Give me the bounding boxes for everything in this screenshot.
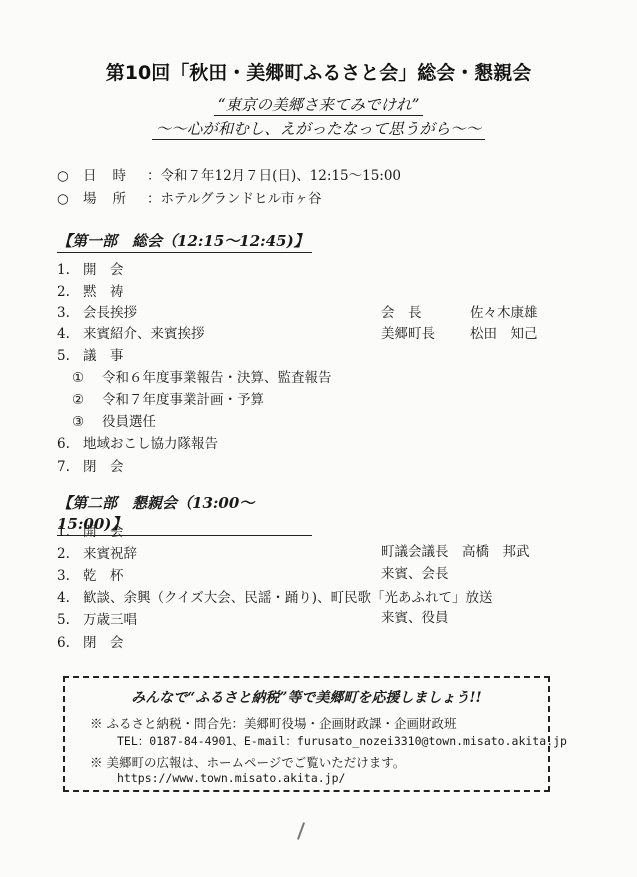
item-number: 7. — [57, 459, 83, 475]
info-datetime: ○日時：令和７年12月７日(日)、12:15～15:00 — [57, 164, 401, 184]
part2-item: 6.閉 会 — [57, 631, 124, 651]
item-number: 2. — [57, 546, 83, 562]
item-number: 5. — [57, 612, 83, 628]
note-text: 美郷町の広報は、ホームページでご覧いただけます。 — [107, 755, 406, 770]
item-text: 閉 会 — [83, 459, 124, 475]
item-number: 1. — [57, 262, 83, 278]
sub-item-text: 役員選任 — [102, 414, 156, 430]
info-label-datetime: 日時 — [83, 164, 147, 184]
circled-number: ② — [72, 392, 102, 408]
speaker-name: 松田 知己 — [470, 322, 538, 342]
item-number: 3. — [57, 305, 83, 321]
subtitle-line-2: ～～心が和むし、えがったなって思うがら～～ — [0, 117, 637, 139]
item-number: 3. — [57, 568, 83, 584]
part1-item: 3.会長挨拶 — [57, 301, 137, 321]
part1-item: 7.閉 会 — [57, 455, 124, 475]
item-text: 地域おこし協力隊報告 — [83, 436, 218, 452]
item-text: 来賓紹介、来賓挨拶 — [83, 326, 205, 342]
circled-number: ③ — [72, 414, 102, 430]
subtitle-line-1: “東京の美郷さ来てみでけれ” — [0, 93, 637, 115]
part1-item: 5.議 事 — [57, 344, 124, 364]
item-text: 歓談、余興（クイズ大会、民謡・踊り)、町民歌「光あふれて」放送 — [83, 590, 492, 606]
item-text: 開 会 — [83, 524, 124, 540]
item-number: 5. — [57, 348, 83, 364]
circle-bullet-icon: ○ — [57, 168, 83, 184]
item-text: 万歳三唱 — [83, 612, 137, 628]
part2-item: 5.万歳三唱 — [57, 608, 137, 628]
circle-bullet-icon: ○ — [57, 191, 83, 207]
item-number: 2. — [57, 284, 83, 300]
part1-item: 1.開 会 — [57, 258, 124, 278]
public-relations-note: ※ 美郷町の広報は、ホームページでご覧いただけます。 — [90, 753, 405, 771]
part2-item: 2.来賓祝辞 — [57, 542, 137, 562]
speaker-info: 来賓、会長 — [381, 562, 449, 582]
agenda-sub-item: ①令和６年度事業報告・決算、監査報告 — [72, 366, 332, 386]
sub-item-text: 令和７年度事業計画・予算 — [102, 392, 264, 408]
item-number: 1. — [57, 524, 83, 540]
note-text: ふるさと納税・問合先：美郷町役場・企画財政課・企画財政班 — [107, 716, 457, 731]
agenda-sub-item: ③役員選任 — [72, 410, 156, 430]
sub-item-text: 令和６年度事業報告・決算、監査報告 — [102, 370, 332, 386]
item-number: 6. — [57, 436, 83, 452]
reference-mark-icon: ※ — [90, 716, 103, 731]
info-venue: ○場所：ホテルグランドヒル市ヶ谷 — [57, 187, 322, 207]
part1-item: 4.来賓紹介、来賓挨拶 — [57, 322, 205, 342]
speaker-info: 来賓、役員 — [381, 606, 449, 626]
bleed-through-decoration — [215, 265, 222, 290]
pen-mark-decoration — [297, 822, 305, 840]
subtitle-line-1-text: “東京の美郷さ来てみでけれ” — [214, 96, 424, 116]
item-text: 来賓祝辞 — [83, 546, 137, 562]
item-number: 6. — [57, 635, 83, 651]
speaker-role: 会 長 — [381, 301, 422, 321]
speaker-name: 佐々木康雄 — [470, 301, 538, 321]
part2-item: 4.歓談、余興（クイズ大会、民謡・踊り)、町民歌「光あふれて」放送 — [57, 586, 492, 606]
part2-item: 1.開 会 — [57, 520, 124, 540]
item-text: 閉 会 — [83, 635, 124, 651]
item-text: 乾 杯 — [83, 568, 124, 584]
item-text: 会長挨拶 — [83, 305, 137, 321]
reference-mark-icon: ※ — [90, 755, 103, 770]
website-url: https://www.town.misato.akita.jp/ — [117, 771, 345, 785]
part1-heading: 【第一部 総会（12:15～12:45)】 — [57, 230, 312, 253]
page-title: 第10回「秋田・美郷町ふるさと会」総会・懇親会 — [0, 58, 637, 85]
item-text: 黙 祷 — [83, 284, 124, 300]
item-text: 議 事 — [83, 348, 124, 364]
notice-title: みんなで“ふるさと納税”等で美郷町を応援しましょう!! — [63, 687, 550, 707]
speaker-info: 町議会議長 高橋 邦武 — [381, 540, 530, 560]
item-number: 4. — [57, 326, 83, 342]
item-number: 4. — [57, 590, 83, 606]
subtitle-line-2-text: ～～心が和むし、えがったなって思うがら～～ — [152, 120, 486, 140]
circled-number: ① — [72, 370, 102, 386]
info-label-venue: 場所 — [83, 187, 147, 207]
speaker-role: 美郷町長 — [381, 322, 435, 342]
contact-info: TEL：0187-84-4901、E-mail：furusato_nozei33… — [117, 733, 567, 749]
part1-item: 6.地域おこし協力隊報告 — [57, 432, 218, 452]
part1-item: 2.黙 祷 — [57, 280, 124, 300]
part2-item: 3.乾 杯 — [57, 564, 124, 584]
info-value-datetime: ：令和７年12月７日(日)、12:15～15:00 — [147, 168, 401, 184]
info-value-venue: ：ホテルグランドヒル市ヶ谷 — [147, 191, 322, 207]
agenda-sub-item: ②令和７年度事業計画・予算 — [72, 388, 264, 408]
furusato-nozei-note: ※ ふるさと納税・問合先：美郷町役場・企画財政課・企画財政班 — [90, 714, 457, 732]
item-text: 開 会 — [83, 262, 124, 278]
